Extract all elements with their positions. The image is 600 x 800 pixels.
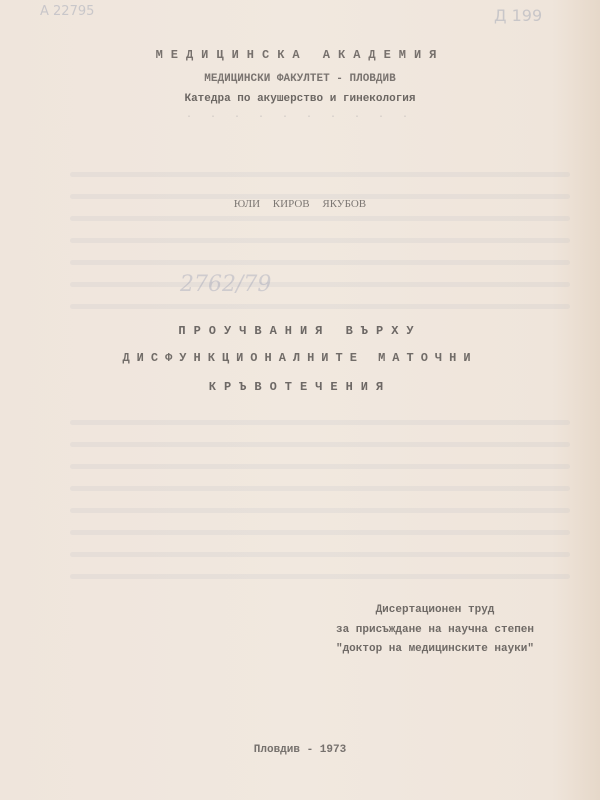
institution-name: МЕДИЦИНСКА АКАДЕМИЯ <box>0 48 600 62</box>
dissertation-line-3: "доктор на медицинските науки" <box>300 643 570 655</box>
faded-underline-text: · · · · · · · · · · <box>0 112 600 123</box>
title-line-2: ДИСФУНКЦИОНАЛНИТЕ МАТОЧНИ <box>0 351 600 365</box>
dissertation-line-2: за присъждане на научна степен <box>300 624 570 636</box>
department-name: Катедра по акушерство и гинекология <box>0 93 600 105</box>
faculty-name: МЕДИЦИНСКИ ФАКУЛТЕТ - ПЛОВДИВ <box>0 73 600 85</box>
archive-stamp-right: Д 199 <box>494 6 542 25</box>
title-line-1: ПРОУЧВАНИЯ ВЪРХУ <box>0 324 600 338</box>
title-line-3: КРЪВОТЕЧЕНИЯ <box>0 380 600 394</box>
archive-stamp-left: А 22795 <box>40 4 94 19</box>
handwritten-note: 2762/79 <box>180 272 271 297</box>
author-name: ЮЛИ КИРОВ ЯКУБОВ <box>0 198 600 210</box>
document-page: А 22795 Д 199 МЕДИЦИНСКА АКАДЕМИЯ МЕДИЦИ… <box>0 0 600 800</box>
place-and-year: Пловдив - 1973 <box>0 744 600 756</box>
dissertation-line-1: Дисертационен труд <box>300 604 570 616</box>
